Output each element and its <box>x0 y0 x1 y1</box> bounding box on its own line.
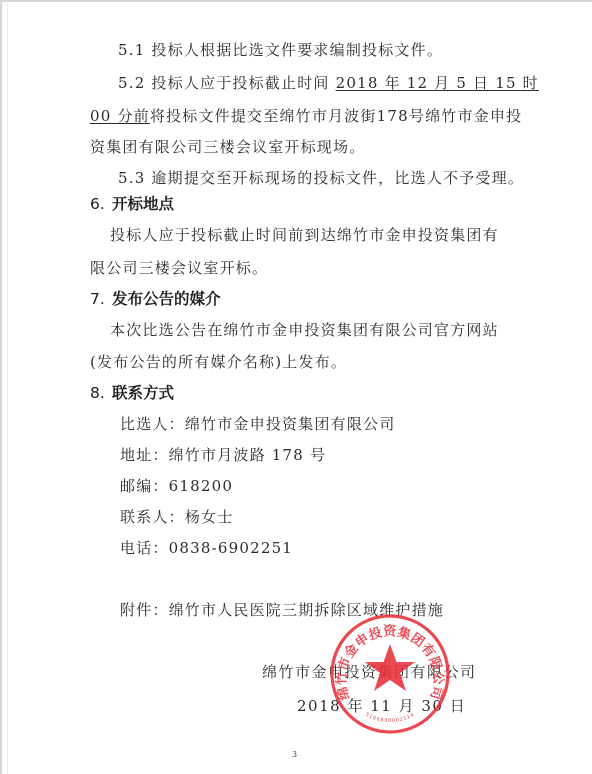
contact-person-value: 杨女士 <box>185 508 234 526</box>
paragraph-5-3: 5.3 逾期提交至开标现场的投标文件，比选人不予受理。 <box>118 168 524 188</box>
section-7-line2: (发布公告的所有媒介名称)上发布。 <box>90 352 347 372</box>
section-6-heading: 6.开标地点 <box>90 194 174 214</box>
section-8-number: 8. <box>90 383 112 403</box>
document-page: 5.1 投标人根据比选文件要求编制投标文件。 5.2 投标人应于投标截止时间 2… <box>0 0 592 774</box>
section-8-title: 联系方式 <box>112 384 174 402</box>
section-7-heading: 7.发布公告的媒介 <box>90 289 221 309</box>
paragraph-5-2-line3: 资集团有限公司三楼会议室开标现场。 <box>90 137 365 157</box>
contact-phone-value: 0838-6902251 <box>169 539 293 557</box>
contact-bidder-label: 比选人： <box>120 415 185 433</box>
section-7-line1: 本次比选公告在绵竹市金申投资集团有限公司官方网站 <box>110 320 499 340</box>
contact-address-value: 绵竹市月波路 178 号 <box>169 446 327 464</box>
contact-postcode: 邮编：618200 <box>120 476 233 496</box>
paragraph-5-2-line1: 5.2 投标人应于投标截止时间 2018 年 12 月 5 日 15 时 <box>118 73 539 93</box>
section-8-heading: 8.联系方式 <box>90 383 174 403</box>
deadline-date: 2018 年 12 月 5 日 15 时 <box>336 74 539 92</box>
section-7-number: 7. <box>90 289 112 309</box>
section-6-title: 开标地点 <box>112 195 174 213</box>
page-number: 3 <box>292 750 297 759</box>
deadline-time: 00 分前 <box>90 107 150 125</box>
contact-postcode-label: 邮编： <box>120 477 169 495</box>
contact-postcode-value: 618200 <box>169 477 233 495</box>
contact-person-label: 联系人： <box>120 508 185 526</box>
contact-phone-label: 电话： <box>120 539 169 557</box>
attachment-label: 附件： <box>120 601 169 619</box>
contact-bidder: 比选人：绵竹市金申投资集团有限公司 <box>120 414 395 434</box>
contact-address: 地址：绵竹市月波路 178 号 <box>120 445 326 465</box>
paragraph-5-1: 5.1 投标人根据比选文件要求编制投标文件。 <box>118 40 443 60</box>
section-6-line1: 投标人应于投标截止时间前到达绵竹市金申投资集团有 <box>110 225 499 245</box>
attachment-line: 附件：绵竹市人民医院三期拆除区域维护措施 <box>120 600 444 620</box>
paragraph-5-2-prefix: 5.2 投标人应于投标截止时间 <box>118 74 336 92</box>
contact-phone: 电话：0838-6902251 <box>120 538 293 558</box>
section-6-number: 6. <box>90 194 112 214</box>
paragraph-5-2-line2: 00 分前将投标文件提交至绵竹市月波街178号绵竹市金申投 <box>90 106 522 126</box>
contact-person: 联系人：杨女士 <box>120 507 233 527</box>
signature-company: 绵竹市金申投资集团有限公司 <box>262 662 477 682</box>
contact-bidder-value: 绵竹市金申投资集团有限公司 <box>185 415 396 433</box>
signature-date: 2018 年 11 月 30 日 <box>297 696 466 716</box>
section-7-title: 发布公告的媒介 <box>112 290 221 308</box>
attachment-value: 绵竹市人民医院三期拆除区域维护措施 <box>169 601 444 619</box>
section-6-line2: 限公司三楼会议室开标。 <box>90 258 268 278</box>
contact-address-label: 地址： <box>120 446 169 464</box>
paragraph-5-2-rest: 将投标文件提交至绵竹市月波街178号绵竹市金申投 <box>150 107 522 125</box>
